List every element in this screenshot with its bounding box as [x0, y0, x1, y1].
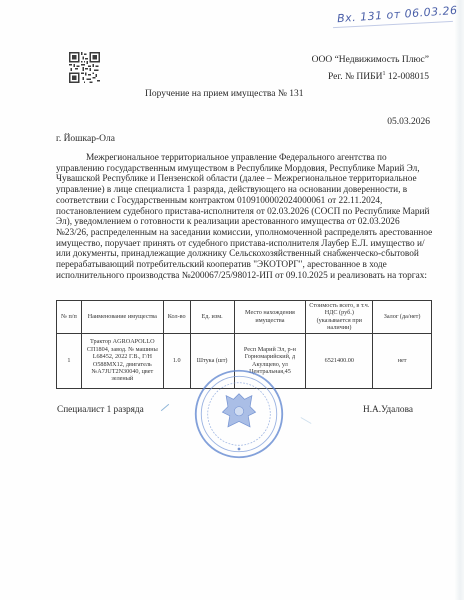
header-name: Наименование имущества — [81, 301, 163, 334]
document-page: Вх. 131 от 06.03.26 ООО “Недвижимость Пл… — [0, 0, 464, 600]
signatory-name: Н.А.Удалова — [363, 405, 413, 415]
header-price: Стоимость всего, в т.ч. НДС (руб.) (указ… — [306, 301, 373, 334]
registration-value: 12-008015 — [388, 72, 429, 82]
header-pledge: Залог (да/нет) — [373, 301, 432, 334]
header-location: Место нахождения имущества — [234, 301, 306, 334]
document-body-text: Межрегиональное территориальное управлен… — [56, 153, 432, 281]
cell-quantity: 1.0 — [163, 333, 190, 388]
qr-code-icon — [69, 52, 100, 83]
header-quantity: Кол-во — [163, 301, 190, 334]
document-title: Поручение на прием имущества № 131 — [145, 89, 304, 99]
cell-price: 6521400.00 — [306, 333, 373, 388]
document-body: Межрегиональное территориальное управлен… — [56, 153, 434, 281]
signature-mark-faint — [301, 417, 312, 424]
registration-prefix: Рег. № ПИБИ — [328, 72, 382, 82]
registration-footnote: 1 — [382, 71, 385, 77]
cell-pledge: нет — [373, 333, 432, 388]
document-city: г. Йошкар-Ола — [56, 134, 115, 144]
scan-edge — [454, 0, 464, 600]
registration-number: Рег. № ПИБИ1 12-008015 — [328, 71, 429, 82]
table-header-row: № п/п Наименование имущества Кол-во Ед. … — [57, 301, 432, 334]
cell-name: Трактор AGROAPOLLO СП1804, завод. № маши… — [81, 333, 163, 388]
signatory-position: Специалист 1 разряда — [57, 405, 144, 415]
official-seal-icon — [193, 368, 285, 460]
cell-number: 1 — [57, 333, 82, 388]
header-unit: Ед. изм. — [190, 301, 234, 334]
document-date: 05.03.2026 — [387, 117, 430, 127]
signature-mark — [161, 404, 169, 411]
header-number: № п/п — [57, 301, 82, 334]
organization-name: ООО “Недвижимость Плюс” — [312, 55, 429, 65]
